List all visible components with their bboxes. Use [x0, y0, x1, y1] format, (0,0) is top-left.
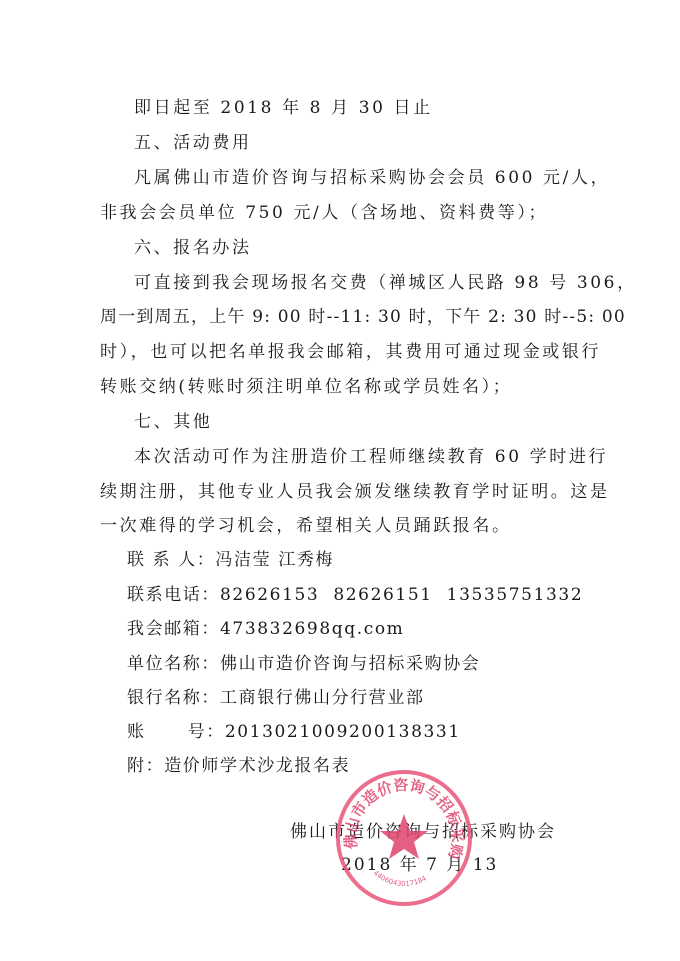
bank-name-label: 银行名称：: [127, 688, 220, 708]
registration-paragraph-line-1: 可直接到我会现场报名交费（禅城区人民路 98 号 306，: [134, 273, 637, 293]
organization-name-value: 佛山市造价咨询与招标采购协会: [220, 654, 480, 674]
fees-paragraph-line-2: 非我会会员单位 750 元/人（含场地、资料费等）；: [100, 203, 548, 223]
document-page: 即日起至 2018 年 8 月 30 日止 五、活动费用 凡属佛山市造价咨询与招…: [0, 0, 680, 961]
section-heading-fees: 五、活动费用: [134, 133, 252, 153]
fees-paragraph-line-1: 凡属佛山市造价咨询与招标采购协会会员 600 元/人，: [134, 168, 610, 188]
contact-phone-label: 联系电话：: [127, 585, 220, 605]
section-heading-registration: 六、报名办法: [134, 238, 252, 258]
other-paragraph-line-3: 一次难得的学习机会，希望相关人员踊跃报名。: [100, 516, 512, 536]
attachment-value[interactable]: 造价师学术沙龙报名表: [164, 756, 350, 776]
contact-phone-row: 联系电话：82626153 82626151 13535751332: [127, 585, 583, 605]
account-number-row: 账 号：2013021009200138331: [127, 722, 461, 742]
registration-paragraph-line-2: 周一到周五，上午 9: 00 时--11: 30 时，下午 2: 30 时--5…: [100, 307, 626, 327]
signature-organization: 佛山市造价咨询与招标采购协会: [290, 822, 556, 842]
registration-deadline: 即日起至 2018 年 8 月 30 日止: [134, 98, 433, 118]
account-number-value: 2013021009200138331: [225, 722, 461, 742]
contact-email-label: 我会邮箱：: [127, 619, 220, 639]
contact-phone-value: 82626153 82626151 13535751332: [220, 585, 583, 605]
attachment-row: 附：造价师学术沙龙报名表: [127, 756, 350, 776]
other-paragraph-line-2: 续期注册，其他专业人员我会颁发继续教育学时证明。这是: [100, 482, 610, 502]
seal-ring-text: 佛山市造价咨询与招标采购协会: [336, 770, 466, 861]
account-number-label: 账 号：: [127, 722, 225, 742]
contact-person-value: 冯洁莹 江秀梅: [215, 550, 334, 570]
contact-email-value[interactable]: 473832698qq.com: [220, 619, 404, 639]
attachment-label: 附：: [127, 756, 164, 776]
contact-person-label: 联 系 人：: [127, 550, 215, 570]
bank-name-row: 银行名称：工商银行佛山分行营业部: [127, 688, 425, 708]
signature-date: 2018 年 7 月 13: [341, 855, 498, 875]
registration-paragraph-line-3: 时），也可以把名单报我会邮箱，其费用可通过现金或银行: [100, 342, 601, 362]
svg-text:佛山市造价咨询与招标采购协会: 佛山市造价咨询与招标采购协会: [336, 770, 466, 861]
organization-name-label: 单位名称：: [127, 654, 220, 674]
section-heading-other: 七、其他: [134, 412, 212, 432]
registration-paragraph-line-4: 转账交纳(转账时须注明单位名称或学员姓名）；: [100, 377, 512, 397]
other-paragraph-line-1: 本次活动可作为注册造价工程师继续教育 60 学时进行: [134, 447, 608, 467]
organization-name-row: 单位名称：佛山市造价咨询与招标采购协会: [127, 654, 480, 674]
contact-email-row: 我会邮箱：473832698qq.com: [127, 619, 404, 639]
bank-name-value: 工商银行佛山分行营业部: [220, 688, 425, 708]
contact-person-row: 联 系 人：冯洁莹 江秀梅: [127, 550, 334, 570]
